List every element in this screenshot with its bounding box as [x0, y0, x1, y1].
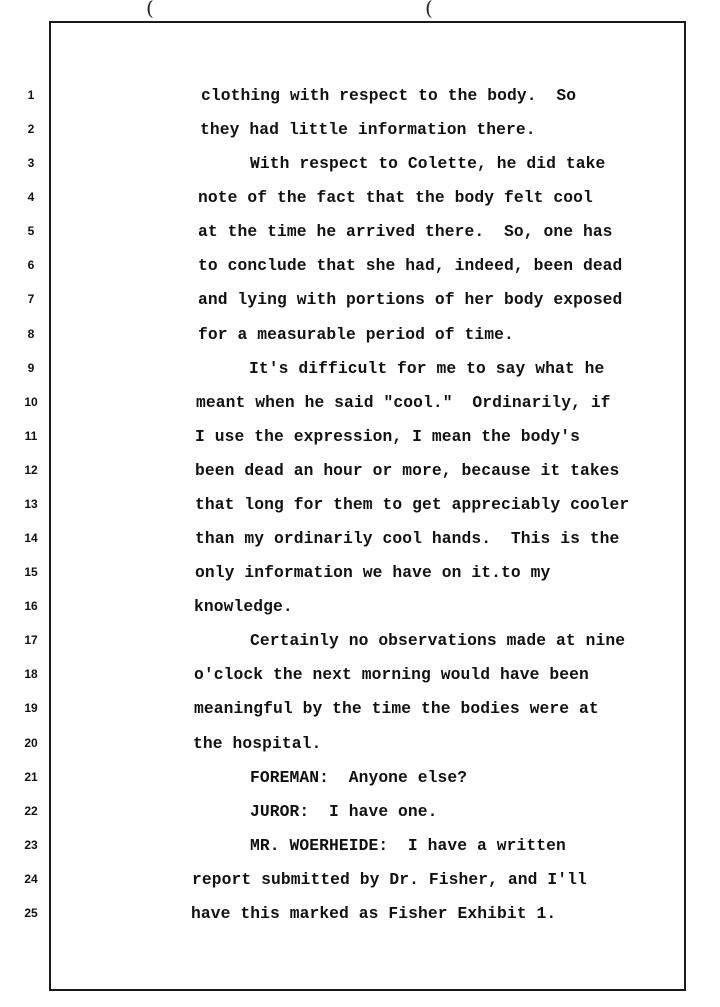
- transcript-line: knowledge.: [194, 597, 293, 616]
- transcript-line: JUROR: I have one.: [250, 802, 438, 821]
- line-number: 10: [14, 395, 48, 409]
- transcript-line: at the time he arrived there. So, one ha…: [198, 222, 613, 241]
- line-number: 24: [14, 872, 48, 886]
- line-number: 13: [14, 497, 48, 511]
- transcript-line: and lying with portions of her body expo…: [198, 290, 622, 309]
- line-number: 21: [14, 770, 48, 784]
- line-number: 19: [14, 701, 48, 715]
- line-number: 7: [14, 292, 48, 306]
- transcript-line: been dead an hour or more, because it ta…: [195, 461, 619, 480]
- transcript-line: the hospital.: [193, 734, 321, 753]
- transcript-line: meaningful by the time the bodies were a…: [194, 699, 599, 718]
- transcript-line: With respect to Colette, he did take: [250, 154, 605, 173]
- transcript-line: for a measurable period of time.: [198, 325, 514, 344]
- line-number: 14: [14, 531, 48, 545]
- line-number: 5: [14, 224, 48, 238]
- line-number: 11: [14, 429, 48, 443]
- punch-mark: (: [146, 0, 154, 20]
- transcript-line: FOREMAN: Anyone else?: [250, 768, 467, 787]
- transcript-line: note of the fact that the body felt cool: [198, 188, 593, 207]
- line-number: 15: [14, 565, 48, 579]
- line-number: 3: [14, 156, 48, 170]
- line-number: 2: [14, 122, 48, 136]
- transcript-line: report submitted by Dr. Fisher, and I'll: [192, 870, 587, 889]
- transcript-line: meant when he said "cool." Ordinarily, i…: [196, 393, 611, 412]
- line-number: 20: [14, 736, 48, 750]
- transcript-line: It's difficult for me to say what he: [249, 359, 604, 378]
- transcript-line: that long for them to get appreciably co…: [195, 495, 629, 514]
- transcript-line: have this marked as Fisher Exhibit 1.: [191, 904, 556, 923]
- transcript-line: clothing with respect to the body. So: [201, 86, 576, 105]
- transcript-line: only information we have on it.to my: [195, 563, 550, 582]
- line-number: 25: [14, 906, 48, 920]
- transcript-line: they had little information there.: [200, 120, 536, 139]
- transcript-line: to conclude that she had, indeed, been d…: [198, 256, 622, 275]
- punch-mark: (: [425, 0, 433, 20]
- line-number: 1: [14, 88, 48, 102]
- line-number: 23: [14, 838, 48, 852]
- line-number: 22: [14, 804, 48, 818]
- transcript-line: Certainly no observations made at nine: [250, 631, 625, 650]
- line-number: 9: [14, 361, 48, 375]
- transcript-line: than my ordinarily cool hands. This is t…: [195, 529, 619, 548]
- transcript-line: I use the expression, I mean the body's: [195, 427, 580, 446]
- line-number: 8: [14, 327, 48, 341]
- line-number: 12: [14, 463, 48, 477]
- line-number: 16: [14, 599, 48, 613]
- transcript-line: o'clock the next morning would have been: [194, 665, 589, 684]
- line-number: 6: [14, 258, 48, 272]
- line-number: 18: [14, 667, 48, 681]
- line-number: 17: [14, 633, 48, 647]
- transcript-line: MR. WOERHEIDE: I have a written: [250, 836, 566, 855]
- line-number: 4: [14, 190, 48, 204]
